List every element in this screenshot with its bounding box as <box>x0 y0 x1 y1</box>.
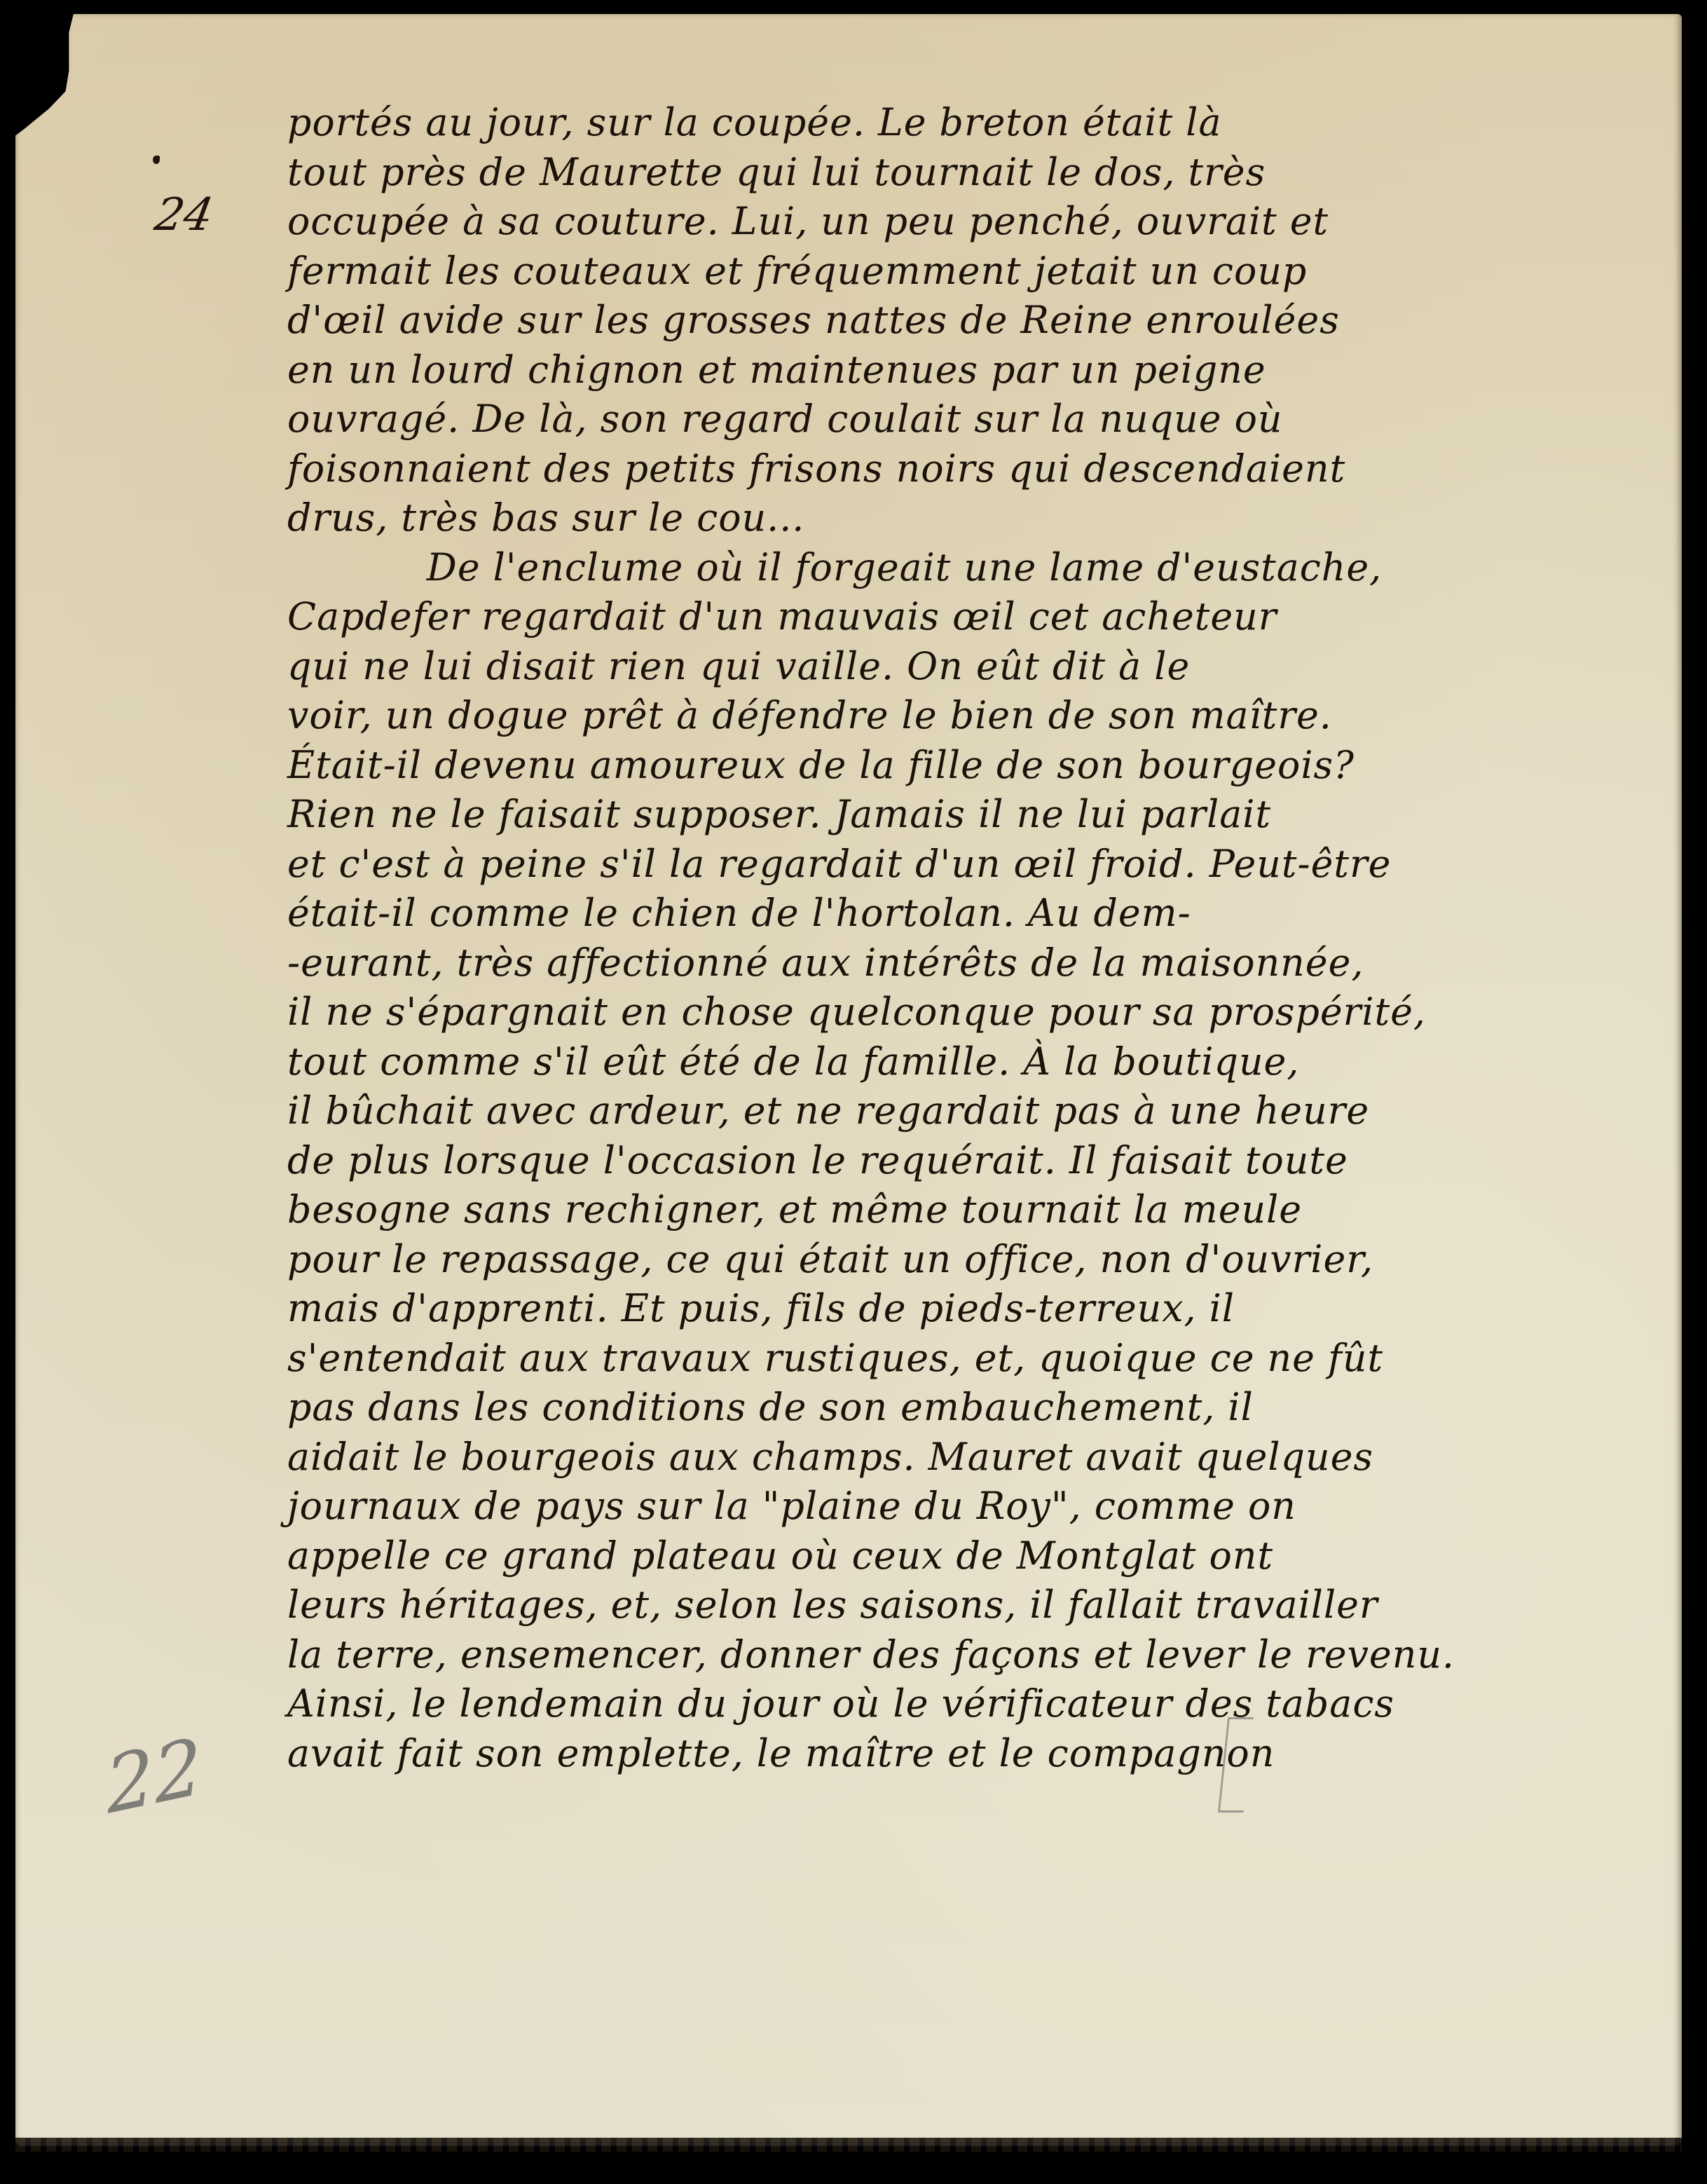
text-line: Ainsi, le lendemain du jour où le vérifi… <box>287 1679 1675 1729</box>
text-line: d'œil avide sur les grosses nattes de Re… <box>287 296 1675 346</box>
ink-blot <box>153 156 160 164</box>
text-line: il ne s'épargnait en chose quelconque po… <box>287 988 1675 1037</box>
text-line: journaux de pays sur la "plaine du Roy",… <box>287 1482 1675 1531</box>
paragraph-start-line: De l'enclume où il forgeait une lame d'e… <box>287 543 1673 593</box>
text-line: portés au jour, sur la coupée. Le breton… <box>287 98 1675 148</box>
text-line: fermait les couteaux et fréquemment jeta… <box>287 247 1675 296</box>
text-line: ouvragé. De là, son regard coulait sur l… <box>287 395 1675 444</box>
text-line: besogne sans rechigner, et même tournait… <box>287 1185 1675 1235</box>
text-line: Capdefer regardait d'un mauvais œil cet … <box>287 592 1675 642</box>
text-line: mais d'apprenti. Et puis, fils de pieds-… <box>287 1284 1675 1334</box>
text-line: pour le repassage, ce qui était un offic… <box>287 1235 1675 1285</box>
text-line: en un lourd chignon et maintenues par un… <box>287 346 1675 395</box>
text-line: leurs héritages, et, selon les saisons, … <box>287 1581 1675 1630</box>
text-line: et c'est à peine s'il la regardait d'un … <box>287 840 1675 889</box>
text-line: foisonnaient des petits frisons noirs qu… <box>287 444 1675 494</box>
text-line: tout comme s'il eût été de la famille. À… <box>287 1037 1675 1087</box>
text-line: appelle ce grand plateau où ceux de Mont… <box>287 1531 1675 1581</box>
text-line: était-il comme le chien de l'hortolan. A… <box>287 889 1675 939</box>
text-line: Était-il devenu amoureux de la fille de … <box>287 741 1675 791</box>
text-line: pas dans les conditions de son embauchem… <box>287 1383 1675 1433</box>
text-line: occupée à sa couture. Lui, un peu penché… <box>287 197 1675 247</box>
text-line: s'entendait aux travaux rustiques, et, q… <box>287 1334 1675 1384</box>
manuscript-text: portés au jour, sur la coupée. Le breton… <box>287 98 1682 1778</box>
text-line: Rien ne le faisait supposer. Jamais il n… <box>287 790 1675 840</box>
folio-number-ink: 24 <box>151 189 217 241</box>
text-line: -eurant, très affectionné aux intérêts d… <box>287 939 1675 988</box>
torn-bottom-edge <box>15 2138 1682 2152</box>
text-line: drus, très bas sur le cou... <box>287 493 1675 543</box>
text-line: tout près de Maurette qui lui tournait l… <box>287 148 1675 198</box>
text-line: de plus lorsque l'occasion le requérait.… <box>287 1136 1675 1186</box>
text-line: il bûchait avec ardeur, et ne regardait … <box>287 1086 1675 1136</box>
text-line: aidait le bourgeois aux champs. Mauret a… <box>287 1433 1675 1482</box>
text-line: voir, un dogue prêt à défendre le bien d… <box>287 691 1675 741</box>
text-line: avait fait son emplette, le maître et le… <box>287 1729 1675 1779</box>
text-line: qui ne lui disait rien qui vaille. On eû… <box>287 642 1675 692</box>
text-line: la terre, ensemencer, donner des façons … <box>287 1630 1675 1680</box>
